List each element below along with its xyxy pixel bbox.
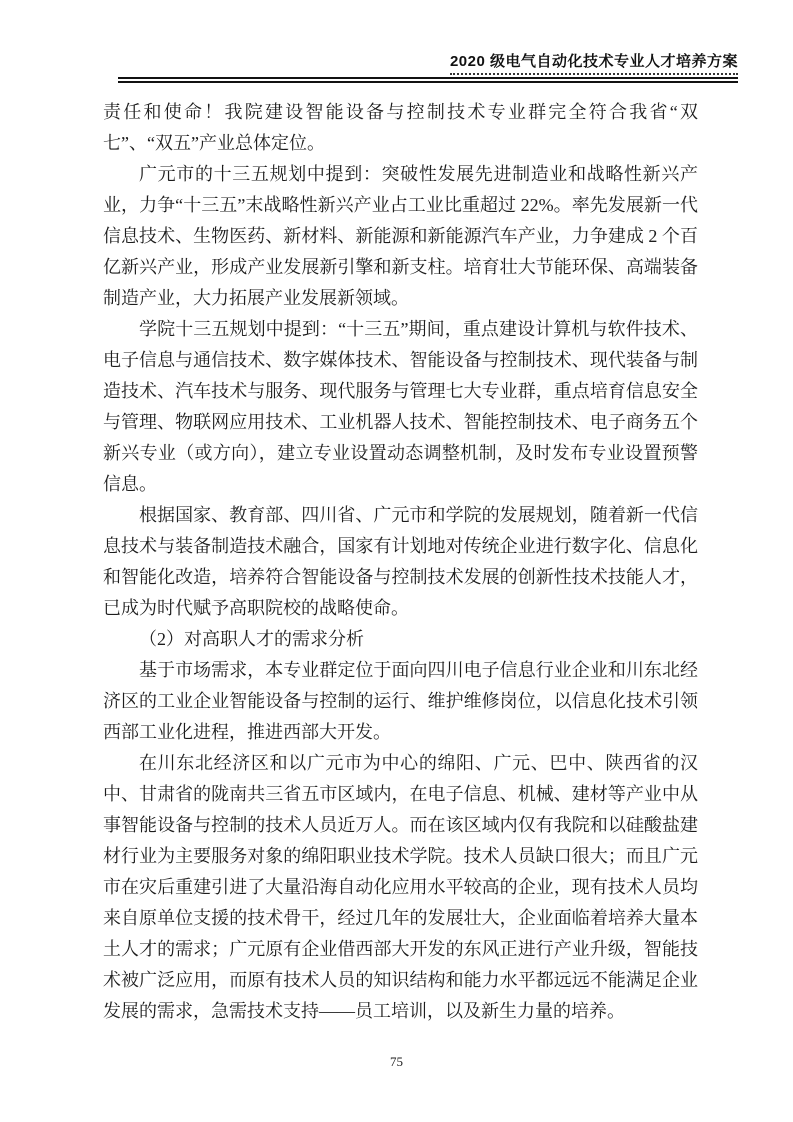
page-header: 2020 级电气自动化技术专业人才培养方案: [118, 50, 738, 75]
header-rule: [118, 77, 738, 83]
header-title: 2020 级电气自动化技术专业人才培养方案: [450, 50, 738, 75]
page-footer: 75: [0, 1054, 793, 1070]
paragraph-continuation: 责任和使命！我院建设智能设备与控制技术专业群完全符合我省“双七”、“双五”产业总…: [103, 97, 698, 159]
paragraph: 广元市的十三五规划中提到：突破性发展先进制造业和战略性新兴产业，力争“十三五”末…: [103, 159, 698, 314]
paragraph: 在川东北经济区和以广元市为中心的绵阳、广元、巴中、陕西省的汉中、甘肃省的陇南共三…: [103, 748, 698, 1027]
paragraph: 根据国家、教育部、四川省、广元市和学院的发展规划，随着新一代信息技术与装备制造技…: [103, 500, 698, 624]
paragraph: 基于市场需求，本专业群定位于面向四川电子信息行业企业和川东北经济区的工业企业智能…: [103, 655, 698, 748]
paragraph: 学院十三五规划中提到：“十三五”期间，重点建设计算机与软件技术、电子信息与通信技…: [103, 314, 698, 500]
document-body: 责任和使命！我院建设智能设备与控制技术专业群完全符合我省“双七”、“双五”产业总…: [103, 97, 698, 1027]
document-page: 2020 级电气自动化技术专业人才培养方案 责任和使命！我院建设智能设备与控制技…: [0, 0, 793, 1122]
section-heading: （2）对高职人才的需求分析: [103, 624, 698, 655]
page-number: 75: [390, 1054, 403, 1069]
